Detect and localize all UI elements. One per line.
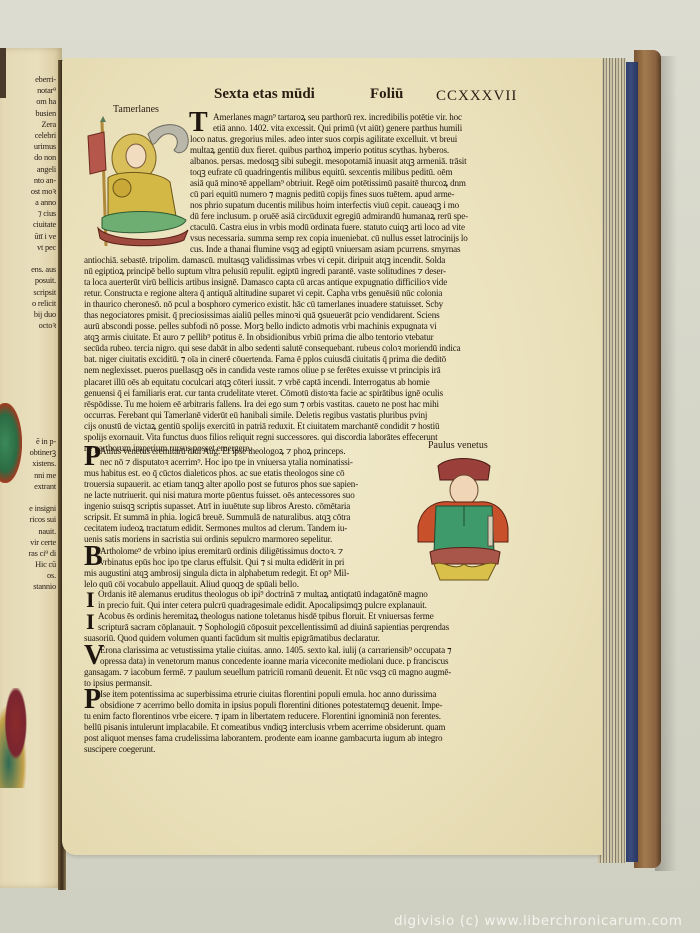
left-page-line: extrant	[0, 481, 56, 492]
text-line: ingenio suisqꝫ scriptis supasset. Atrī i…	[84, 501, 358, 512]
left-page-line: Zera	[0, 119, 56, 130]
section-paulus-first-lines: Aulus venetus eremitarū diui Aug. Et ips…	[100, 446, 353, 468]
left-page-line: octoꝛ	[0, 320, 56, 331]
book-photograph: eberri-notar⁹om habusienZeracelebriurimu…	[0, 0, 700, 933]
text-line: ne lacte nutriuerit. qui nisi matura mor…	[84, 490, 358, 501]
section-tamerlanes-full: antiochiā. sebastē. tripolim. damascū. m…	[84, 255, 461, 454]
tamerlanes-woodcut	[82, 116, 192, 251]
text-line: genuensi q̄ ei familiaris erat. cur tant…	[84, 388, 461, 399]
text-line: thas negociatores pmisit. q̄ preciosissi…	[84, 310, 461, 321]
text-line: occurras. Ferebant qui Tamerlanē viderūt…	[84, 410, 461, 421]
text-line: atqꝫ armis ciuitate. Et auro ⁊ pellib⁹ p…	[84, 332, 461, 343]
left-page-line: a anno	[0, 197, 56, 208]
text-line: bellū pisanis intulerunt implacabile. Et…	[84, 722, 445, 733]
text-line: Amerlanes magn⁹ tartaroꝝ seu parthorū re…	[213, 112, 462, 123]
section-paulus: mus habitus est. eo q̄ cūctos dialeticos…	[84, 468, 358, 545]
text-line: Erona clarissima ac vetustissima ytalie …	[100, 645, 452, 656]
initial-p-2: P	[84, 688, 101, 712]
left-page-line: om ha	[0, 96, 56, 107]
text-line: vrbinatus epūs hoc ipo tpe clarus effuls…	[100, 557, 344, 568]
text-line: suscipere coegerunt.	[84, 744, 445, 755]
text-line: cijs onustū de victaꝝ gentiū spolijs exe…	[84, 421, 461, 432]
text-line: antiochiā. sebastē. tripolim. damascū. m…	[84, 255, 461, 266]
text-line: nū egiptioꝝ principē bello suptum vltra …	[84, 266, 461, 277]
left-page-line: stannio	[0, 581, 56, 592]
left-page-line: Hic cū	[0, 559, 56, 570]
left-page-line: busien	[0, 108, 56, 119]
text-line: trouersia supauerit. ac etiam tanqꝫ alte…	[84, 479, 358, 490]
left-page-line: angeli	[0, 164, 56, 175]
woodcut-caption-tamerlanes: Tamerlanes	[113, 104, 159, 115]
text-line: retur. Constructa e regione altera q̄ an…	[84, 288, 461, 299]
text-line: post aliquot menses fama crudelissima la…	[84, 733, 445, 744]
text-line: Aulus venetus eremitarū diui Aug. Et ips…	[100, 446, 353, 457]
left-page-line: ciuitate	[0, 219, 56, 230]
section-verona-first: Erona clarissima ac vetustissima ytalie …	[100, 645, 452, 667]
folio-number: CCXXXVII	[436, 88, 517, 105]
left-page-text-top: eberri-notar⁹om habusienZeracelebriurimu…	[0, 74, 56, 331]
leather-cover-edge	[634, 50, 661, 868]
left-page-line: o relicit	[0, 298, 56, 309]
blue-page-edge	[624, 62, 638, 862]
text-line: dū fere inclusum. p oruēē asiā circūduxi…	[190, 211, 468, 222]
left-page-line: vir certe	[0, 537, 56, 548]
text-line: suasoriū. Quod quidem volumen quanti fac…	[84, 633, 380, 644]
text-line: etiā anno. 1402. vita excessit. Qui prim…	[213, 123, 462, 134]
left-page-line: do non	[0, 152, 56, 163]
section-verona: gansagam. ⁊ iacobum fermē. ⁊ paulum seue…	[84, 667, 451, 689]
left-page-line: scripsit	[0, 287, 56, 298]
initial-t: T	[189, 111, 208, 135]
text-line: toqꝫ eufrate cū quadringentis milibus eq…	[190, 167, 468, 178]
woodcut-caption-paulus-venetus: Paulus venetus	[428, 440, 488, 451]
text-line: ta loca auerterūt virū bellicis artibus …	[84, 277, 461, 288]
text-line: nos phrio supatum ducentis milibus hoim …	[190, 200, 468, 211]
left-page-line: ens. aus	[0, 264, 56, 275]
left-page-line	[0, 492, 56, 503]
copyright-watermark: digivisio (c) www.liberchronicarum.com	[394, 913, 682, 929]
text-line: scripturā sacram cōplanauit. ⁊ Sophologi…	[98, 622, 449, 633]
section-tamerlanes-beside-figure: loco natus. gregorius miles. adeo inter …	[190, 134, 468, 256]
text-line: nec nō ⁊ disputatoꝛ acerrim⁹. Hoc ipo tp…	[100, 457, 353, 468]
text-line: placaret illū oēs ab equitatu coculcari …	[84, 377, 461, 388]
text-line: Ordanis itē alemanus eruditus theologus …	[98, 589, 428, 600]
left-page-line: ūtī i ve	[0, 231, 56, 242]
text-line: asiā quā minoꝛē appellam⁹ obtriuit. Regē…	[190, 178, 468, 189]
text-line: tu enim facto florentinos vrbe eicere. ⁊…	[84, 711, 445, 722]
text-line: obsidione ⁊ acerrimo bello domita in ips…	[100, 700, 442, 711]
initial-i-2: I	[86, 610, 95, 634]
left-page-line: obtinerꝫ	[0, 447, 56, 458]
section-bartholomeus-first: Artholome⁹ de vrbino ipius eremitarū ord…	[100, 546, 344, 568]
left-page-line: ras ci⁹ di	[0, 548, 56, 559]
left-page-text-bottom: ē in p-obtinerꝫxistens.nni meextrante in…	[0, 436, 56, 593]
section-iordanis: Ordanis itē alemanus eruditus theologus …	[98, 589, 428, 611]
text-line: scripsit. Et summā in phia. logicā breuē…	[84, 512, 358, 523]
left-page: eberri-notar⁹om habusienZeracelebriurimu…	[0, 48, 62, 888]
left-page-line: os.	[0, 570, 56, 581]
text-line: albanos. persas. medosqꝫ sibi subegit. m…	[190, 156, 468, 167]
section-bartholomeus: mis augustini atqꝫ ambrosij singula dict…	[84, 568, 349, 590]
page-stack-edge	[598, 58, 626, 863]
running-head: Sexta etas mūdi	[214, 86, 315, 103]
text-line: uenis satis moriens in sacristia sui ord…	[84, 534, 358, 545]
text-line: secūda rubeo. tercia nigro. qui sese dab…	[84, 343, 461, 354]
text-line: cus. Inde a thanai flumine vsqꝫ ad egipt…	[190, 244, 468, 255]
left-page-line: ⁊ cius	[0, 208, 56, 219]
text-line: in precio fuit. Qui inter cetera pulcrū …	[98, 600, 428, 611]
text-line: to ipsius permansit.	[84, 678, 451, 689]
section-tamerlanes-indented: Amerlanes magn⁹ tartaroꝝ seu parthorū re…	[213, 112, 462, 134]
left-page-line: ē in p-	[0, 436, 56, 447]
text-line: in thaurico cheronesō. nō pcul a bosphor…	[84, 299, 461, 310]
text-line: cū pari equitū numero ⁊ magnis peditū co…	[190, 189, 468, 200]
text-line: loco natus. gregorius miles. adeo inter …	[190, 134, 468, 145]
left-page-line: eberri-	[0, 74, 56, 85]
text-line: rēspōdisse. Tu me hoiem eē arbitraris fa…	[84, 399, 461, 410]
initial-p: P	[84, 445, 101, 469]
left-page-line: nni me	[0, 470, 56, 481]
paulus-venetus-woodcut	[408, 456, 518, 586]
left-page-line: celebri	[0, 130, 56, 141]
section-iacobus: suasoriū. Quod quidem volumen quanti fac…	[84, 633, 380, 644]
text-line: spolijs exornauit. Vita functus duos fil…	[84, 432, 461, 443]
left-page-line: nto an-	[0, 175, 56, 186]
text-line: ctaculū. Castra eius in vrbis modū ordin…	[190, 222, 468, 233]
text-line: aurū abscondi posse. pelles subfodi nō p…	[84, 321, 461, 332]
text-line: Ise item potentissima ac superbissima et…	[100, 689, 442, 700]
left-page-line: vt pec	[0, 242, 56, 253]
left-page-line: urimus	[0, 141, 56, 152]
text-line: cecitatem iudeoꝝ tractatum edidit. Sermo…	[84, 523, 358, 534]
section-pisa: tu enim facto florentinos vrbe eicere. ⁊…	[84, 711, 445, 755]
folio-label: Foliū	[370, 86, 403, 103]
text-line: Acobus ēs ordinis heremitaꝝ theologus na…	[98, 611, 449, 622]
left-page-line: bij duo	[0, 309, 56, 320]
text-line: vsus necessaria. summa semp rex copia in…	[190, 233, 468, 244]
section-iacobus-first: Acobus ēs ordinis heremitaꝝ theologus na…	[98, 611, 449, 633]
left-page-line: nauit.	[0, 526, 56, 537]
left-page-line: posuit.	[0, 275, 56, 286]
left-page-line: notar⁹	[0, 85, 56, 96]
section-pisa-first: Ise item potentissima ac superbissima et…	[100, 689, 442, 711]
text-line: nem neglexisset. pueros puellasqꝫ oēs in…	[84, 365, 461, 376]
left-page-woodcut-fragment-lower	[0, 688, 32, 788]
text-line: bat. niger ciuitatis exciditū. ⁊ oīa in …	[84, 354, 461, 365]
text-line: multaꝝ gentiū dux fieret. quibus parthoꝝ…	[190, 145, 468, 156]
text-line: mis augustini atqꝫ ambrosij singula dict…	[84, 568, 349, 579]
left-page-line	[0, 253, 56, 264]
left-page-line: xistens.	[0, 458, 56, 469]
text-line: Artholome⁹ de vrbino ipius eremitarū ord…	[100, 546, 344, 557]
text-line: mus habitus est. eo q̄ cūctos dialeticos…	[84, 468, 358, 479]
left-page-line: e insigni	[0, 503, 56, 514]
left-page-line: ost moꝛ	[0, 186, 56, 197]
left-page-line: ricos sui	[0, 514, 56, 525]
text-line: gansagam. ⁊ iacobum fermē. ⁊ paulum seue…	[84, 667, 451, 678]
text-line: opressa data) in venetorum manus concede…	[100, 656, 452, 667]
